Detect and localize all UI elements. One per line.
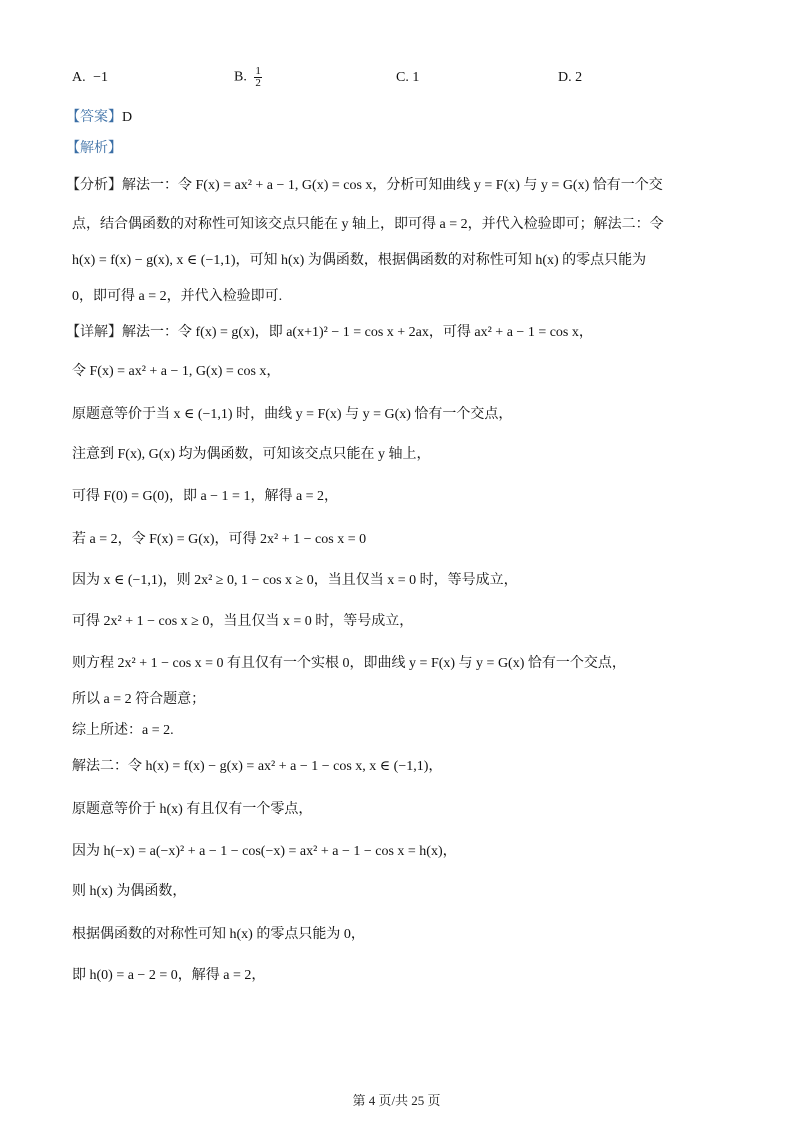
xiangjie-line-14: 因为 h(−x) = a(−x)² + a − 1 − cos(−x) = ax… (72, 842, 457, 862)
option-d-letter: D. (558, 70, 572, 85)
xiangjie-line-12: 解法二：令 h(x) = f(x) − g(x) = ax² + a − 1 −… (72, 757, 442, 777)
xiangjie-line-1: 【详解】解法一：令 f(x) = g(x)，即 a(x+1)² − 1 = co… (66, 323, 593, 343)
xiangjie-line-2: 令 F(x) = ax² + a − 1, G(x) = cos x， (72, 362, 280, 382)
option-c: C. 1 (396, 70, 419, 86)
option-d-value: 2 (575, 70, 582, 85)
fenxi-text: 解法一：令 F(x) = ax² + a − 1, G(x) = cos x，分… (122, 178, 663, 193)
fenxi-line-3: h(x) = f(x) − g(x), x ∈ (−1,1)，可知 h(x) 为… (72, 251, 646, 271)
analysis-label: 【解析】 (66, 141, 122, 156)
option-b-fraction: 1 2 (254, 66, 262, 89)
answer-label: 【答案】 (66, 110, 122, 125)
analysis-heading: 【解析】 (66, 139, 122, 159)
xiangjie-line-6: 若 a = 2，令 F(x) = G(x)，可得 2x² + 1 − cos x… (72, 530, 366, 550)
xiangjie-line-4: 注意到 F(x), G(x) 均为偶函数，可知该交点只能在 y 轴上， (72, 445, 431, 465)
option-d: D. 2 (558, 70, 582, 86)
xiangjie-line-15: 则 h(x) 为偶函数， (72, 882, 186, 902)
xiangjie-line-17: 即 h(0) = a − 2 = 0，解得 a = 2， (72, 966, 265, 986)
option-b-letter: B. (234, 70, 247, 85)
option-a-value: −1 (93, 70, 108, 85)
option-a: A. −1 (72, 70, 108, 86)
fraction-denominator: 2 (254, 78, 262, 89)
xiangjie-line-5: 可得 F(0) = G(0)，即 a − 1 = 1，解得 a = 2， (72, 487, 338, 507)
option-a-letter: A. (72, 70, 86, 85)
xiangjie-line-9: 则方程 2x² + 1 − cos x = 0 有且仅有一个实根 0，即曲线 y… (72, 654, 626, 674)
fenxi-line-2: 点，结合偶函数的对称性可知该交点只能在 y 轴上，即可得 a = 2，并代入检验… (72, 215, 664, 235)
xiangjie-line-16: 根据偶函数的对称性可知 h(x) 的零点只能为 0， (72, 925, 365, 945)
fenxi-line-4: 0，即可得 a = 2，并代入检验即可. (72, 287, 282, 307)
fenxi-label: 【分析】 (66, 178, 122, 193)
option-c-value: 1 (412, 70, 419, 85)
xiangjie-line-13: 原题意等价于 h(x) 有且仅有一个零点， (72, 800, 312, 820)
option-b: B. 1 2 (234, 66, 262, 89)
xiangjie-line-3: 原题意等价于当 x ∈ (−1,1) 时，曲线 y = F(x) 与 y = G… (72, 405, 512, 425)
option-c-letter: C. (396, 70, 409, 85)
page-number: 第 4 页/共 25 页 (0, 1090, 793, 1109)
xiangjie-line-7: 因为 x ∈ (−1,1)，则 2x² ≥ 0, 1 − cos x ≥ 0，当… (72, 571, 518, 591)
xiangjie-label: 【详解】 (66, 325, 122, 340)
fenxi-line-1: 【分析】解法一：令 F(x) = ax² + a − 1, G(x) = cos… (66, 176, 663, 196)
answer-value: D (122, 110, 132, 125)
xiangjie-line-10: 所以 a = 2 符合题意； (72, 690, 205, 710)
xiangjie-line-11: 综上所述：a = 2. (72, 721, 174, 741)
answer-line: 【答案】D (66, 108, 132, 128)
xiangjie-line-8: 可得 2x² + 1 − cos x ≥ 0，当且仅当 x = 0 时，等号成立… (72, 612, 413, 632)
xiangjie-text: 解法一：令 f(x) = g(x)，即 a(x+1)² − 1 = cos x … (122, 325, 593, 340)
